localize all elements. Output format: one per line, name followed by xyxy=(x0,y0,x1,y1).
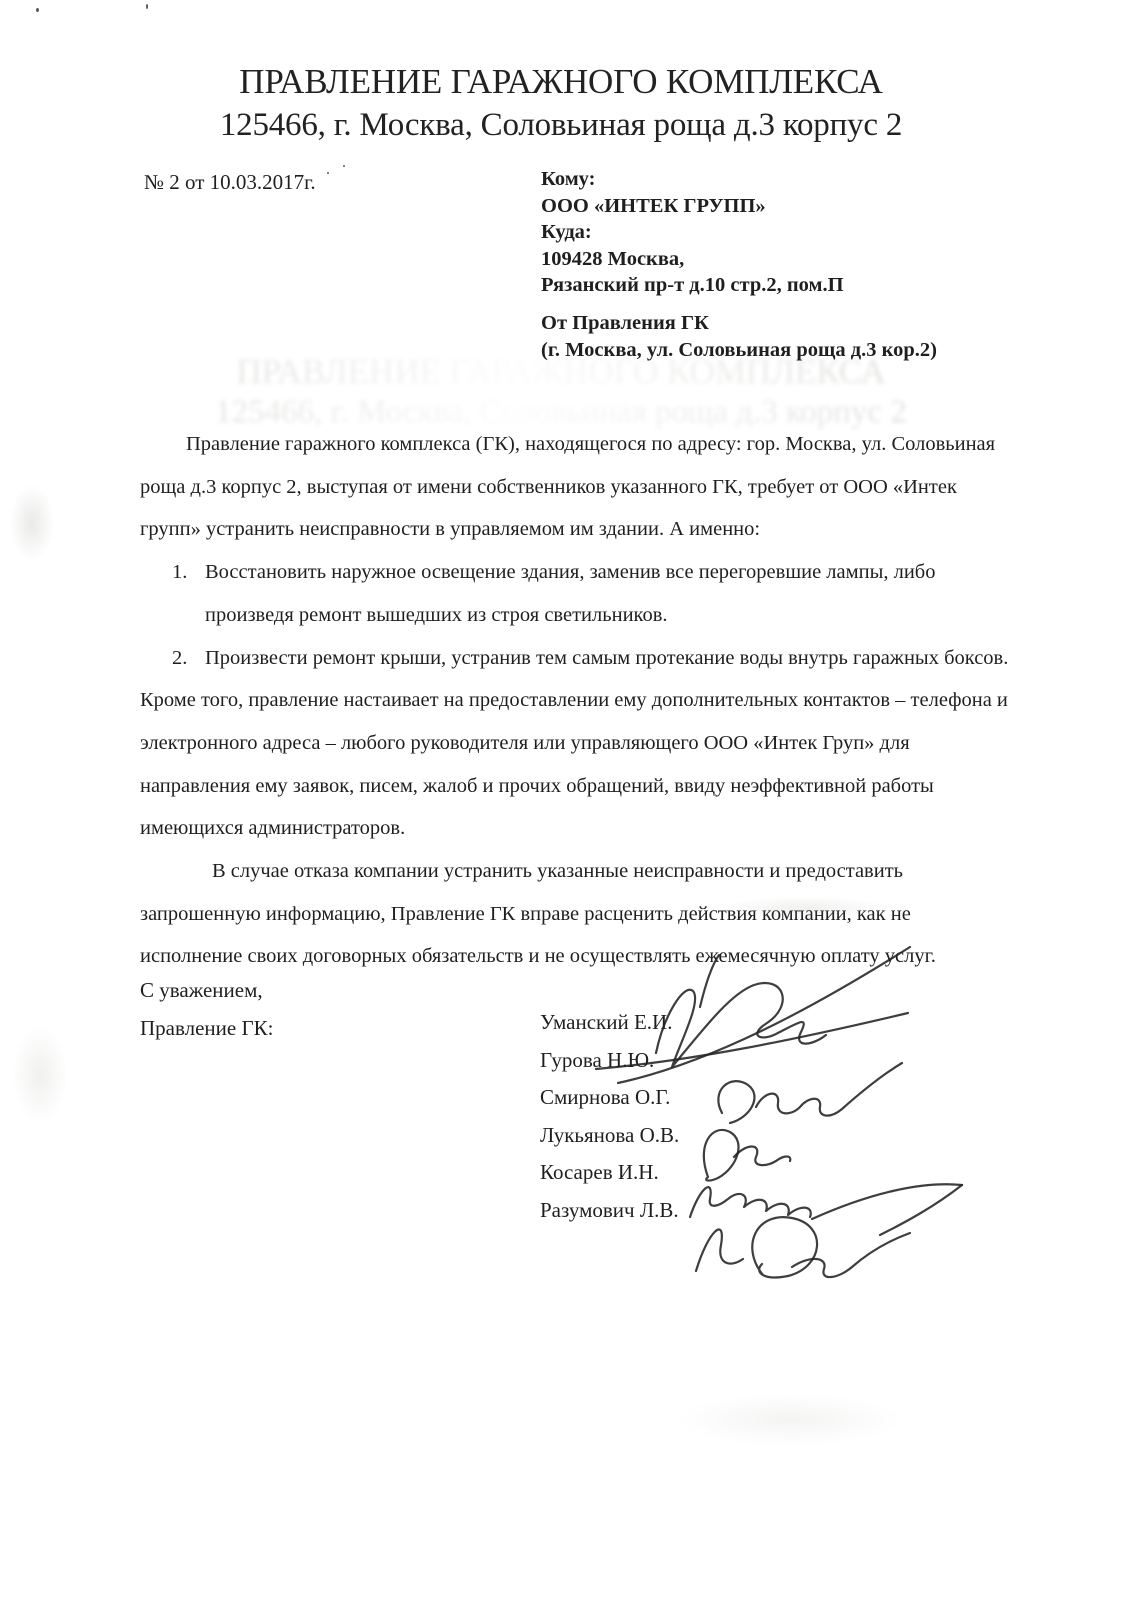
recipient-address-line-2: Рязанский пр-т д.10 стр.2, пом.П xyxy=(541,272,844,299)
body-line: Восстановить наружное освещение здания, … xyxy=(205,561,935,583)
sender-block: От Правления ГК (г. Москва, ул. Соловьин… xyxy=(541,310,937,363)
body-line: направления ему заявок, писем, жалоб и п… xyxy=(140,765,1022,808)
closing-line-1: С уважением, xyxy=(140,972,273,1010)
signatory-name: Разумович Л.В. xyxy=(540,1192,679,1230)
body-line: В случае отказа компании устранить указа… xyxy=(140,850,1022,893)
body-line: роща д.3 корпус 2, выступая от имени соб… xyxy=(140,466,1022,509)
list-item-2: 2.Произвести ремонт крыши, устранив тем … xyxy=(140,637,1022,680)
signatory-name: Косарев И.Н. xyxy=(540,1154,679,1192)
header-title-line-1: ПРАВЛЕНИЕ ГАРАЖНОГО КОМПЛЕКСА xyxy=(0,60,1122,104)
sender-line-2: (г. Москва, ул. Соловьиная роща д.3 кор.… xyxy=(541,337,937,364)
signatory-list: Уманский Е.И. Гурова Н.Ю. Смирнова О.Г. … xyxy=(540,1004,679,1229)
body-line: групп» устранить неисправности в управля… xyxy=(140,508,1022,551)
closing-block: С уважением, Правление ГК: xyxy=(140,972,273,1047)
body-line: электронного адреса – любого руководител… xyxy=(140,722,1022,765)
ref-number: № 2 от 10.03.2017г. xyxy=(144,170,316,195)
body-line: имеющихся администраторов. xyxy=(140,807,1022,850)
signature-scrawl xyxy=(734,1147,790,1166)
signature-scrawl xyxy=(880,1185,962,1235)
recipient-address-line-1: 109428 Москва, xyxy=(541,246,844,273)
body-line: Произвести ремонт крыши, устранив тем са… xyxy=(205,647,1008,669)
body-line: произведя ремонт вышедших из строя свети… xyxy=(140,594,1022,637)
body-line: запрошенную информацию, Правление ГК впр… xyxy=(140,893,1022,936)
scan-smudge xyxy=(0,468,64,578)
signature-scrawl xyxy=(704,1130,739,1181)
signature-scrawl xyxy=(792,1233,910,1277)
signature-scrawl xyxy=(656,983,826,1067)
list-number-2: 2. xyxy=(172,637,205,680)
scan-speck xyxy=(36,8,39,12)
sender-line-1: От Правления ГК xyxy=(541,310,937,337)
recipient-to-label: Кому: xyxy=(541,166,844,193)
signature-scrawl xyxy=(756,1063,902,1116)
header-address-line-2: 125466, г. Москва, Соловьиная роща д.3 к… xyxy=(0,104,1122,146)
scanned-letter-page: ПРАВЛЕНИЕ ГАРАЖНОГО КОМПЛЕКСА 125466, г.… xyxy=(0,0,1122,1600)
scan-smudge xyxy=(0,1005,80,1145)
scan-smudge xyxy=(640,1385,940,1455)
scan-speck xyxy=(343,165,345,167)
recipient-where-label: Куда: xyxy=(541,219,844,246)
list-item-1: 1.Восстановить наружное освещение здания… xyxy=(140,551,1022,594)
signatory-name: Лукьянова О.В. xyxy=(540,1117,679,1155)
scan-speck xyxy=(327,172,329,174)
signature-scrawl xyxy=(718,1081,754,1123)
list-number-1: 1. xyxy=(172,551,205,594)
signature-scrawl xyxy=(690,1187,811,1217)
body-line: Кроме того, правление настаивает на пред… xyxy=(140,679,1022,722)
body-line: Правление гаражного комплекса (ГК), нахо… xyxy=(140,423,1022,466)
doc-header: ПРАВЛЕНИЕ ГАРАЖНОГО КОМПЛЕКСА 125466, г.… xyxy=(0,60,1122,146)
signatory-name: Гурова Н.Ю. xyxy=(540,1042,679,1080)
recipient-to-name: ООО «ИНТЕК ГРУПП» xyxy=(541,193,844,220)
signature-scrawl xyxy=(812,1184,962,1219)
letter-body: Правление гаражного комплекса (ГК), нахо… xyxy=(140,423,1022,978)
closing-line-2: Правление ГК: xyxy=(140,1010,273,1048)
signature-scrawl xyxy=(696,1229,743,1271)
recipient-block: Кому: ООО «ИНТЕК ГРУПП» Куда: 109428 Мос… xyxy=(541,166,844,299)
signatory-name: Уманский Е.И. xyxy=(540,1004,679,1042)
scan-speck xyxy=(146,4,148,9)
signatory-name: Смирнова О.Г. xyxy=(540,1079,679,1117)
signature-scrawl xyxy=(752,1217,817,1277)
